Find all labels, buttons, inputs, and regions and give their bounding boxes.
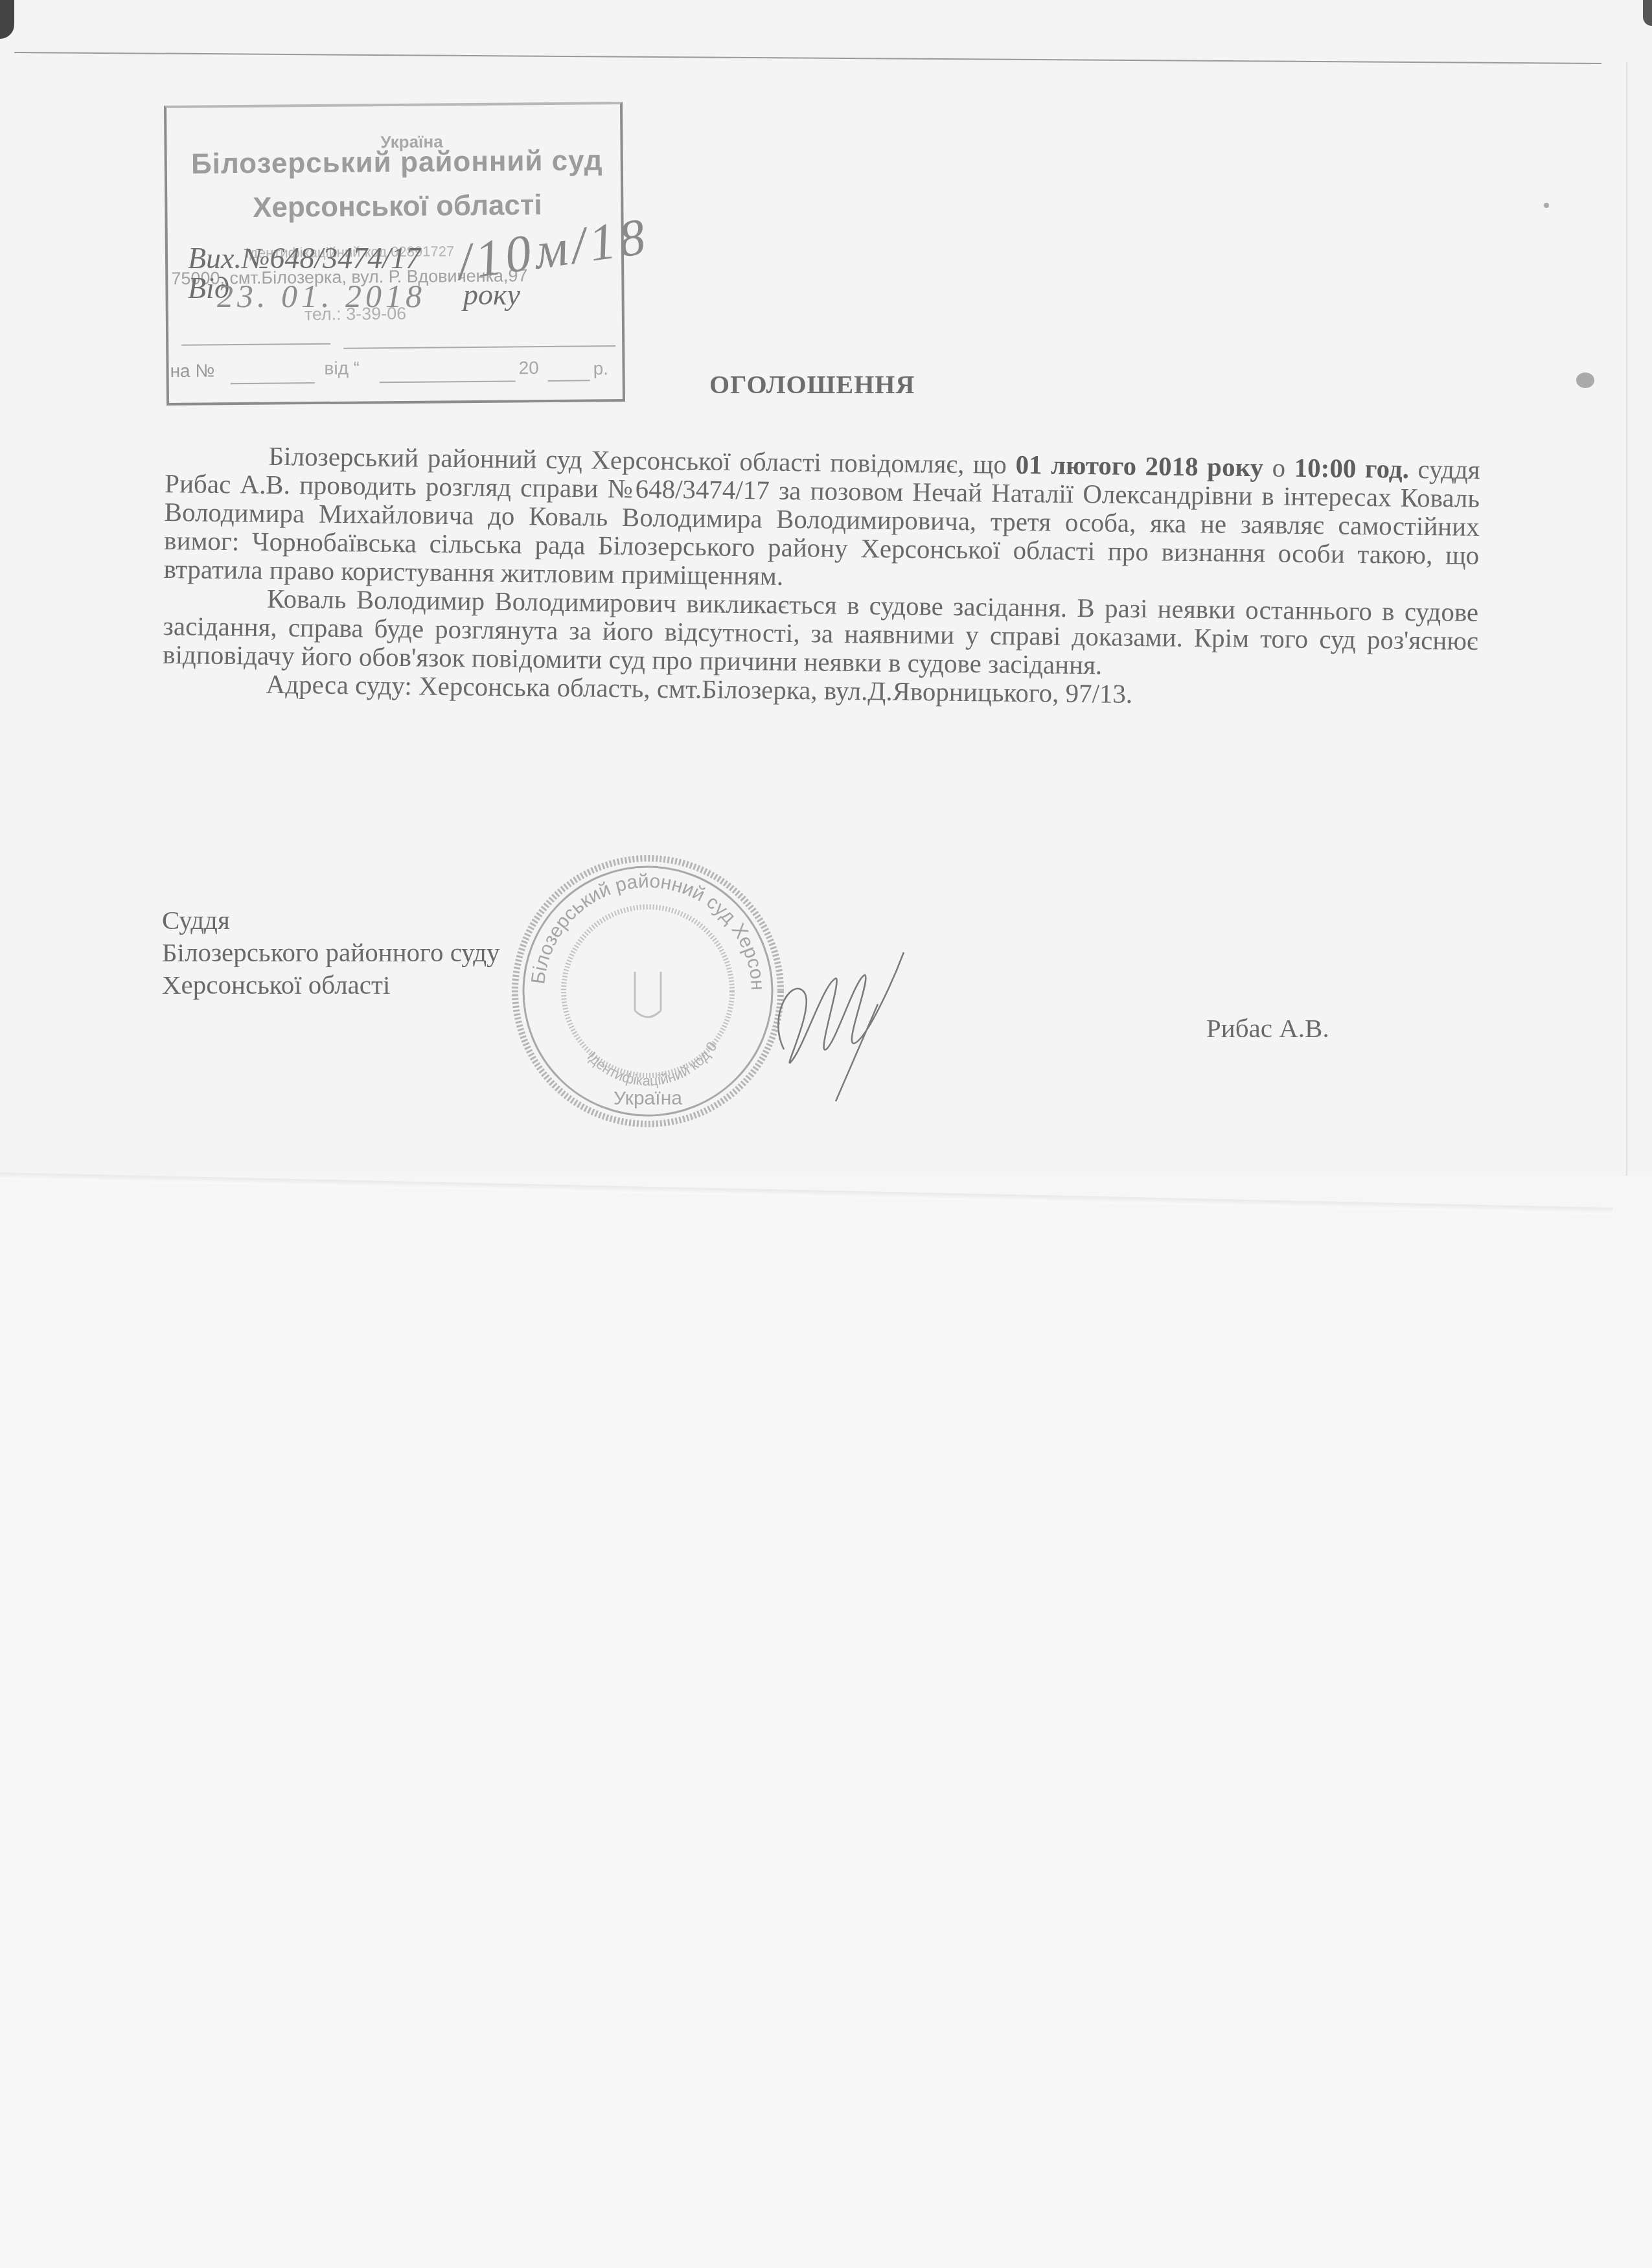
stamp-court-name: Білозерський районний суд xyxy=(187,144,608,181)
hearing-date: 01 лютого 2018 року xyxy=(1015,450,1263,482)
judge-signature xyxy=(764,939,913,1108)
paper-right-edge xyxy=(1626,62,1627,1215)
signature-block: Суддя Білозерського районного суду Херсо… xyxy=(162,904,500,1001)
stamp-ref-label: на № xyxy=(170,360,214,382)
stamp-from-label: від “ xyxy=(324,358,360,378)
stamp-court-region: Херсонської області xyxy=(187,189,608,225)
hearing-time: 10:00 год. xyxy=(1294,453,1410,484)
scan-edge-shadow xyxy=(1643,0,1652,26)
scan-edge-shadow xyxy=(0,0,14,39)
outgoing-date-suffix: року xyxy=(463,277,520,312)
lower-paper-area xyxy=(0,1176,1652,2268)
stamp-blank-line xyxy=(231,382,315,384)
sign-region: Херсонської області xyxy=(162,968,500,1001)
announcement-body: Білозерський районний суд Херсонської об… xyxy=(163,441,1480,712)
scan-speck xyxy=(1576,372,1594,388)
paragraph-hearing: Білозерський районний суд Херсонської об… xyxy=(164,441,1480,598)
court-seal: Білозерський районний суд Херсонської об… xyxy=(505,849,790,1134)
stamp-year-suffix: р. xyxy=(593,358,608,379)
outgoing-date-handwritten: 23. 01. 2018 xyxy=(217,277,426,315)
document-title: ОГОЛОШЕННЯ xyxy=(709,369,915,400)
sign-court: Білозерського районного суду xyxy=(162,936,500,968)
svg-text:Україна: Україна xyxy=(614,1088,682,1109)
judge-name: Рибас А.В. xyxy=(1206,1013,1329,1044)
stamp-blank-line xyxy=(181,343,330,346)
p1-mid: о xyxy=(1263,452,1294,483)
stamp-blank-line xyxy=(548,380,590,382)
scan-speck xyxy=(1544,203,1549,208)
paragraph-summons: Коваль Володимир Володимирович викликаєт… xyxy=(163,583,1478,683)
stamp-blank-line xyxy=(380,380,516,383)
stamp-year-prefix: 20 xyxy=(518,358,538,378)
sign-title: Суддя xyxy=(162,904,500,936)
paper-top-edge xyxy=(14,52,1601,64)
stamp-blank-line xyxy=(343,345,615,349)
